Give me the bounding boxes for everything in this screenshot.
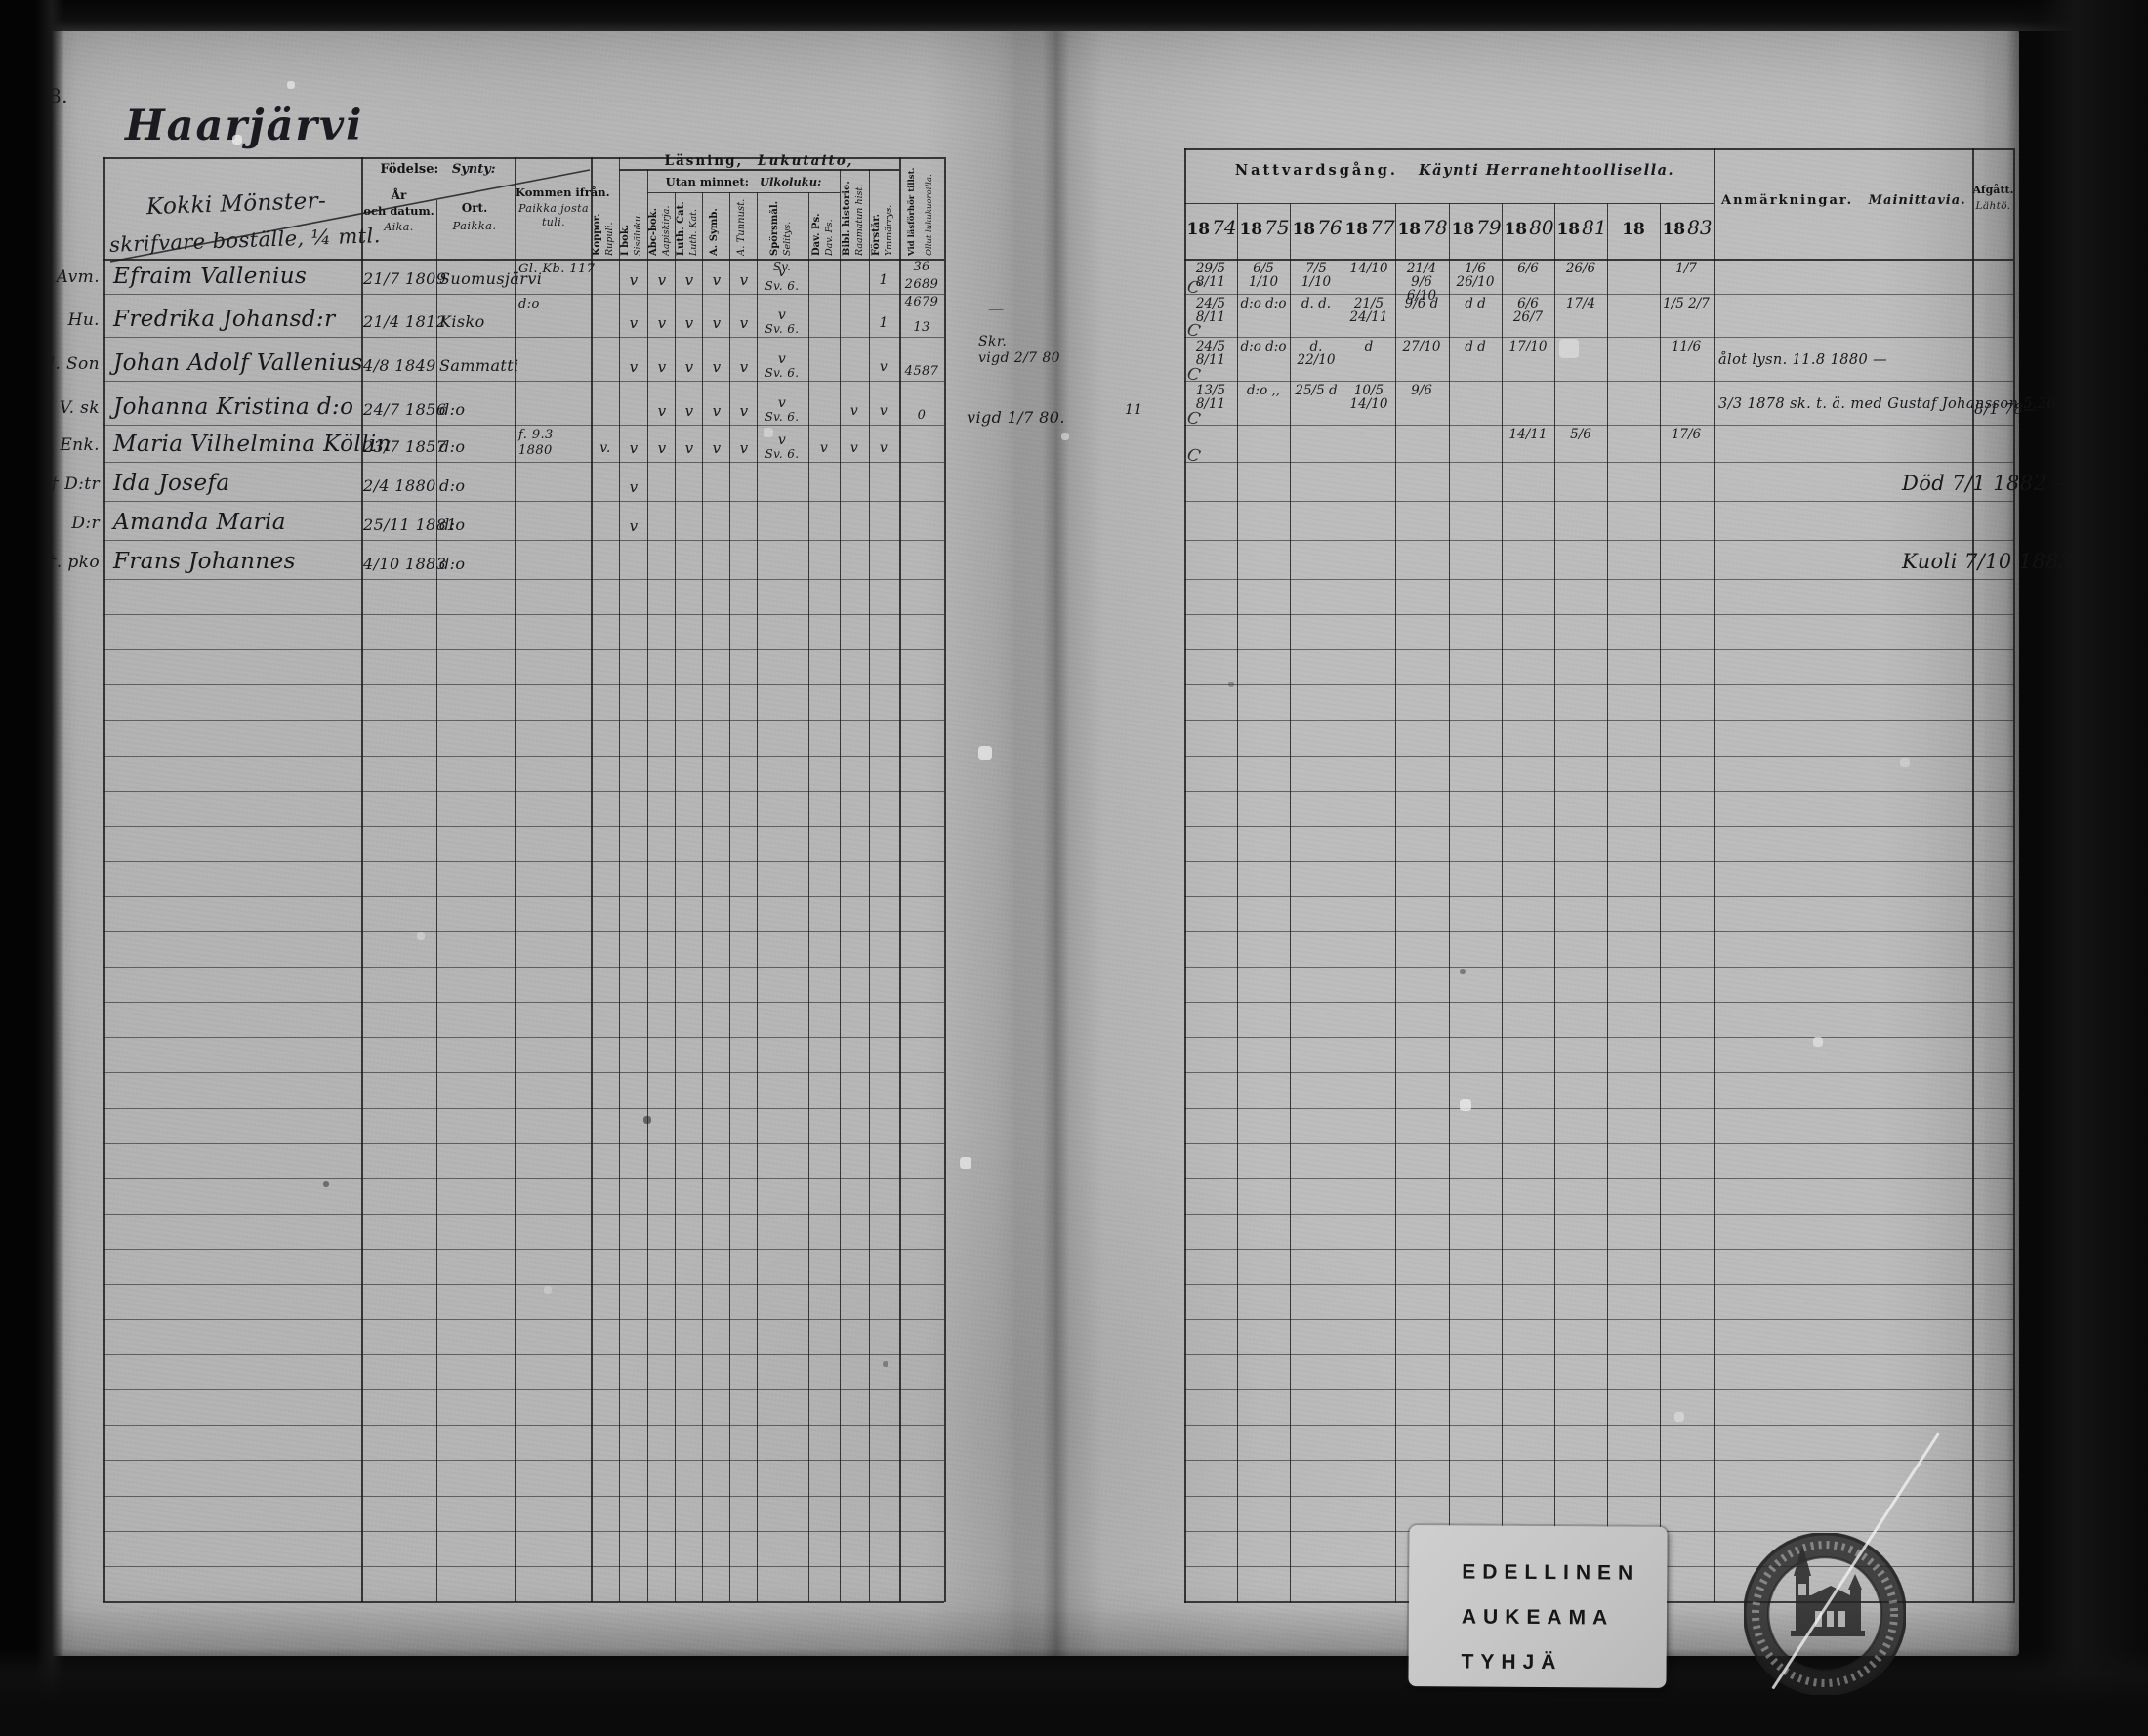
scan-edge-top xyxy=(0,0,2148,31)
card-line-2: AUKEAMA xyxy=(1462,1605,1614,1630)
scan-edge-right xyxy=(2007,0,2148,1736)
parish-archive-stamp xyxy=(1744,1533,1906,1695)
archive-note-card: EDELLINEN AUKEAMA TYHJÄ xyxy=(1408,1525,1667,1688)
ledger-scan: 8. Haarjärvi Kokki Mönster- skrifvare bo… xyxy=(0,0,2148,1736)
card-line-3: TYHJÄ xyxy=(1462,1650,1563,1674)
scan-edge-left xyxy=(0,0,64,1736)
header-diagonal-rules xyxy=(0,0,2148,1736)
card-line-1: EDELLINEN xyxy=(1462,1560,1639,1585)
